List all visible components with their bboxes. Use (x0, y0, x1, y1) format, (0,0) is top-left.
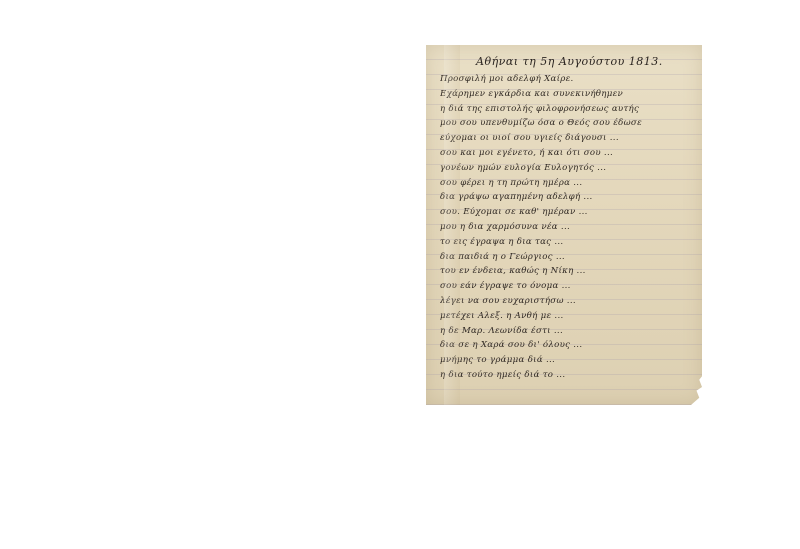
letter-line: σου εάν έγραψε το όνομα ... (440, 279, 702, 294)
letter-line: η διά της επιστολής φιλοφρονήσεως αυτής (440, 102, 702, 117)
letter-line: λέγει να σου ευχαριστήσω ... (440, 294, 702, 309)
letter-line: η δε Μαρ. Λεωνίδα έστι ... (440, 324, 702, 339)
letter-line: μου η δια χαρμόσυνα νέα ... (440, 220, 702, 235)
handwritten-letter-page: Αθήναι τη 5η Αυγούστου 1813. Προσφιλή μο… (426, 45, 702, 405)
letter-line: Εχάρημεν εγκάρδια και συνεκινήθημεν (440, 87, 702, 102)
letter-date-heading: Αθήναι τη 5η Αυγούστου 1813. (476, 55, 663, 68)
letter-line: μου σου υπενθυμίζω όσα ο Θεός σου έδωσε (440, 116, 702, 131)
letter-line: δια παιδιά η ο Γεώργιος ... (440, 250, 702, 265)
letter-line: μετέχει Αλεξ. η Ανθή με ... (440, 309, 702, 324)
letter-line: το εις έγραψα η δια τας ... (440, 235, 702, 250)
letter-line: εύχομαι οι υιοί σου υγιείς διάγουσι ... (440, 131, 702, 146)
letter-line: δια σε η Χαρά σου δι' όλους ... (440, 338, 702, 353)
letter-line: Προσφιλή μοι αδελφή Χαίρε. (440, 72, 702, 87)
letter-line: σου φέρει η τη πρώτη ημέρα ... (440, 176, 702, 191)
letter-line: του εν ένδεια, καθώς η Νίκη ... (440, 264, 702, 279)
letter-body: Προσφιλή μοι αδελφή Χαίρε. Εχάρημεν εγκά… (440, 72, 702, 383)
letter-line: δια γράψω αγαπημένη αδελφή ... (440, 190, 702, 205)
letter-line: η δια τούτο ημείς διά το ... (440, 368, 702, 383)
letter-line: γονέων ημών ευλογία Ευλογητός ... (440, 161, 702, 176)
letter-line: σου. Εύχομαι σε καθ' ημέραν ... (440, 205, 702, 220)
letter-line: σου και μοι εγένετο, ή και ότι σου ... (440, 146, 702, 161)
letter-line: μνήμης το γράμμα διά ... (440, 353, 702, 368)
